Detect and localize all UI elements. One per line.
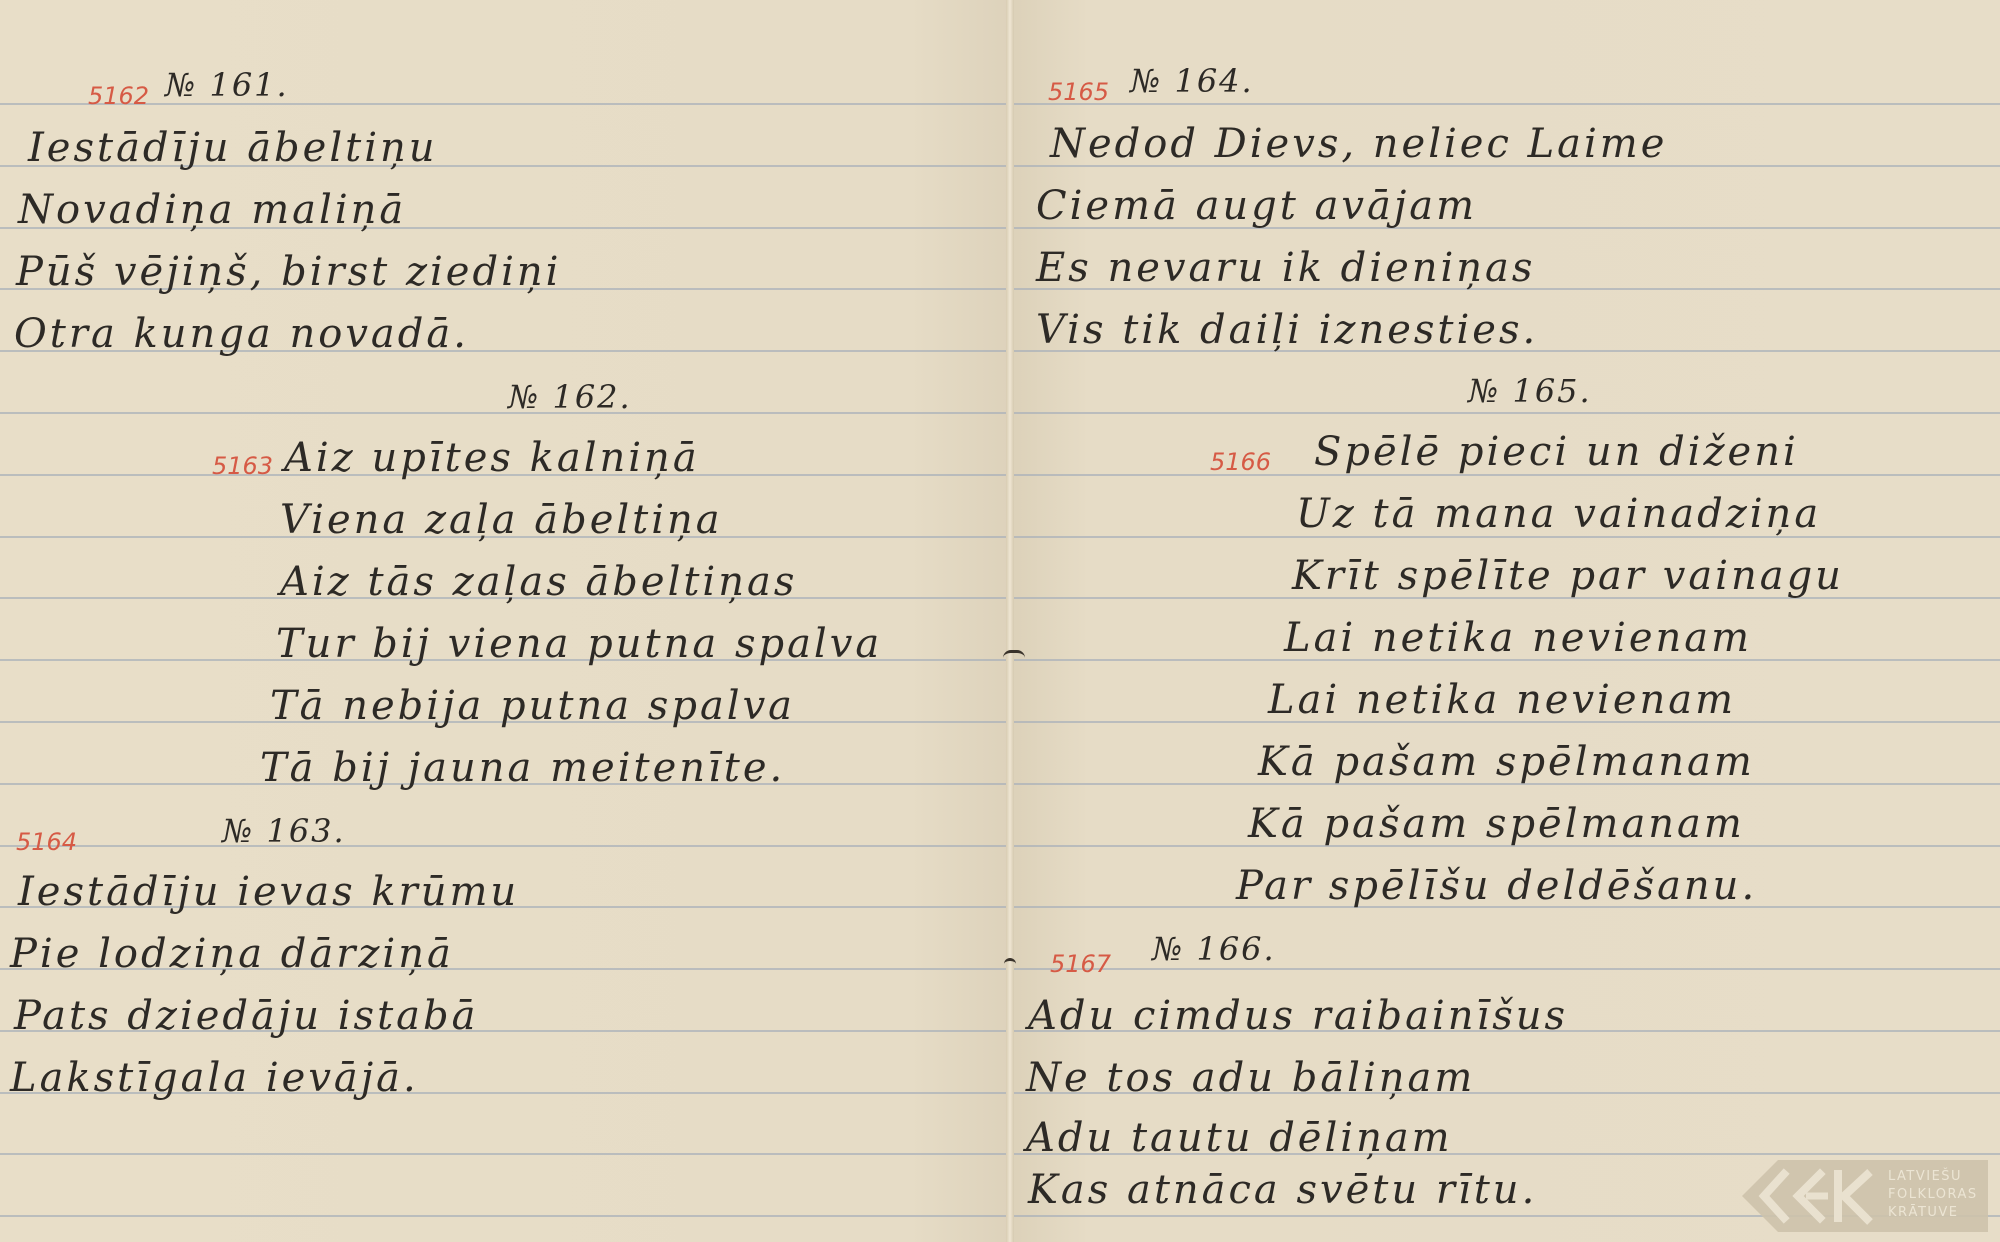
song-line: Uz tā mana vainadziņa — [1296, 494, 1821, 534]
song-number: № 166. — [1152, 930, 1276, 968]
song-line: Otra kunga novadā. — [14, 314, 469, 354]
song-line: Tā nebija putna spalva — [270, 686, 795, 726]
song-number: № 163. — [222, 812, 346, 850]
song-line: Tā bij jauna meitenīte. — [260, 748, 785, 788]
song-line: Krīt spēlīte par vainagu — [1292, 556, 1844, 596]
staple-mark — [1003, 650, 1025, 659]
song-number: № 161. — [165, 66, 289, 104]
song-line: Lai netika nevienam — [1284, 618, 1752, 658]
watermark-line: FOLKLORAS — [1888, 1186, 1984, 1204]
ruled-line — [0, 412, 2000, 414]
song-line: Iestādīju ābeltiņu — [28, 128, 438, 168]
song-line: Lakstīgala ievājā. — [10, 1058, 419, 1098]
archive-number: 5167 — [1050, 950, 1111, 978]
song-line: Es nevaru ik dieniņas — [1036, 248, 1535, 288]
watermark-line: LATVIEŠU — [1888, 1168, 1984, 1186]
song-line: Pie lodziņa dārziņā — [10, 934, 454, 974]
archive-number: 5163 — [212, 452, 273, 480]
watermark-line: KRĀTUVE — [1888, 1204, 1984, 1222]
song-line: Aiz tās zaļas ābeltiņas — [280, 562, 797, 602]
song-number: № 164. — [1130, 62, 1254, 100]
song-line: Pūš vējiņš, birst ziediņi — [16, 252, 561, 292]
song-line: Tur bij viena putna spalva — [276, 624, 882, 664]
song-line: Vis tik daiļi iznesties. — [1036, 310, 1538, 350]
song-line: Adu tautu dēliņam — [1026, 1118, 1453, 1158]
staple-mark — [1004, 958, 1016, 967]
song-line: Viena zaļa ābeltiņa — [280, 500, 723, 540]
archive-watermark-logo: LATVIEŠU FOLKLORAS KRĀTUVE — [1742, 1160, 1988, 1232]
song-line: Novadiņa maliņā — [18, 190, 406, 230]
ruled-line — [0, 1153, 2000, 1155]
song-line: Nedod Dievs, neliec Laime — [1050, 124, 1667, 164]
archive-number: 5164 — [16, 828, 77, 856]
archive-number: 5166 — [1210, 448, 1271, 476]
ruled-line — [0, 1215, 2000, 1217]
song-number: № 165. — [1468, 372, 1592, 410]
song-line: Par spēlīšu deldēšanu. — [1236, 866, 1757, 906]
song-number: № 162. — [508, 378, 632, 416]
song-line: Ciemā augt avājam — [1036, 186, 1477, 226]
song-line: Aiz upītes kalniņā — [284, 438, 700, 478]
song-line: Ne tos adu bāliņam — [1026, 1058, 1475, 1098]
song-line: Kā pašam spēlmanam — [1258, 742, 1755, 782]
song-line: Iestādīju ievas krūmu — [18, 872, 519, 912]
song-line: Kā pašam spēlmanam — [1248, 804, 1745, 844]
archive-number: 5162 — [88, 82, 149, 110]
song-line: Kas atnāca svētu rītu. — [1028, 1170, 1537, 1210]
song-line: Lai netika nevienam — [1268, 680, 1736, 720]
watermark-text: LATVIEŠU FOLKLORAS KRĀTUVE — [1888, 1168, 1984, 1222]
archive-number: 5165 — [1048, 78, 1109, 106]
song-line: Adu cimdus raibainīšus — [1028, 996, 1568, 1036]
page-fold-gutter — [1006, 0, 1014, 1242]
song-line: Pats dziedāju istabā — [14, 996, 478, 1036]
song-line: Spēlē pieci un diženi — [1314, 432, 1799, 472]
ruled-line — [0, 103, 2000, 105]
